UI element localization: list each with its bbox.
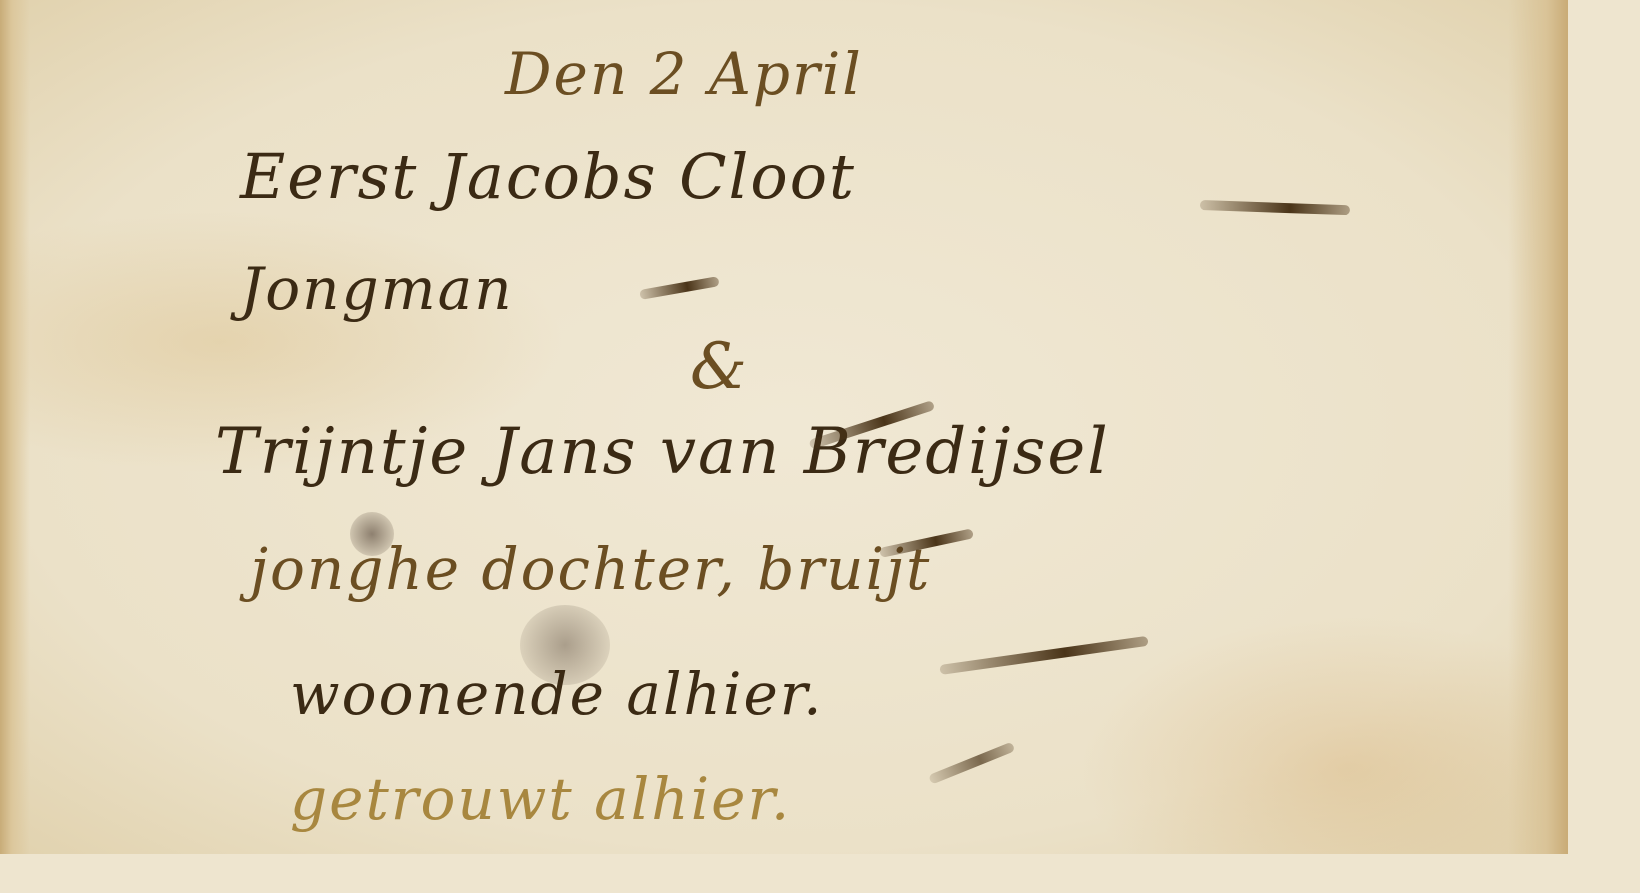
bride-status: jonghe dochter, bruijt	[250, 535, 931, 603]
flourish-line	[928, 742, 1015, 785]
groom-name: Eerst Jacobs Cloot	[240, 140, 856, 213]
groom-status: Jongman	[240, 255, 514, 323]
page-edge-right	[1508, 0, 1568, 854]
flourish-line	[639, 276, 720, 300]
flourish-line	[1200, 200, 1350, 215]
bride-name: Trijntje Jans van Bredijsel	[215, 415, 1110, 489]
ampersand: &	[690, 330, 749, 404]
flourish-line	[939, 636, 1148, 675]
entry-date: Den 2 April	[505, 40, 863, 108]
residence-line: woonende alhier.	[290, 660, 824, 728]
manuscript-page: Den 2 April Eerst Jacobs Cloot Jongman &…	[0, 0, 1568, 854]
married-line: getrouwt alhier.	[290, 765, 791, 833]
page-edge-left	[0, 0, 30, 854]
